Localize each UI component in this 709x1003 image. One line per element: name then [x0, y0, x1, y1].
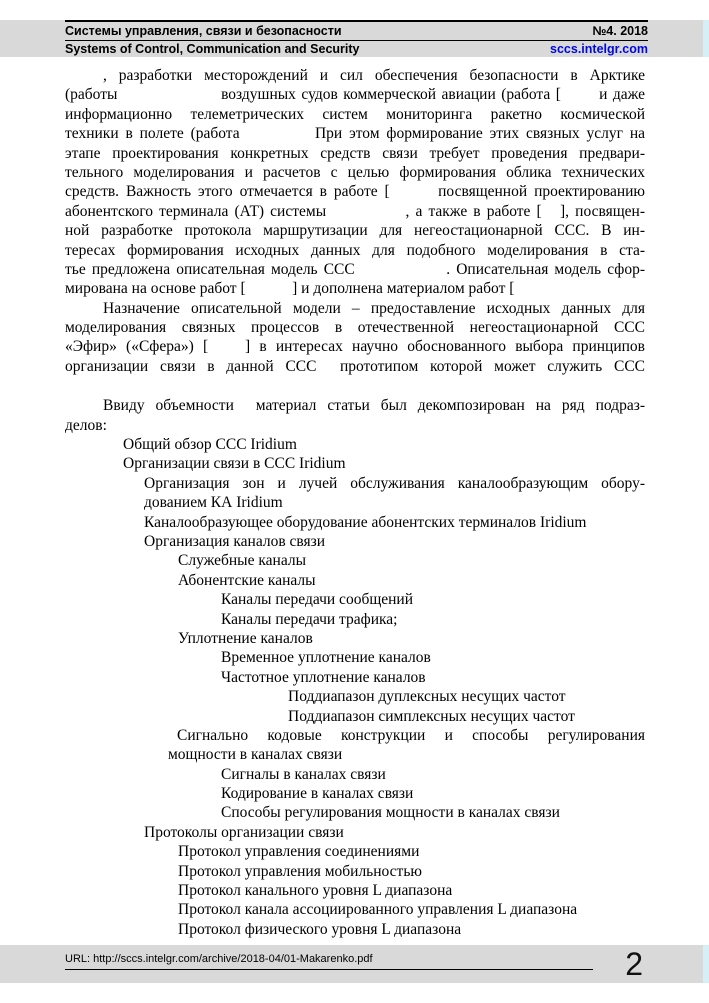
body-line: тересах формирования исходных данных для…: [65, 241, 645, 260]
body-line: делов:: [65, 416, 645, 435]
journal-title-en: Systems of Control, Communication and Se…: [65, 42, 360, 56]
body-line: моделирования связных процессов в отечес…: [65, 318, 645, 337]
body-line: Каналы передачи трафика;: [65, 610, 645, 629]
document-page: Системы управления, связи и безопасности…: [0, 0, 709, 1003]
body-line: , разработки месторождений и сил обеспеч…: [65, 66, 645, 85]
body-line: Организации связи в ССС Iridium: [65, 454, 645, 473]
body-line: мощности в каналах связи: [65, 745, 645, 764]
header-row-russian: Системы управления, связи и безопасности…: [65, 22, 648, 41]
body-line: Абонентские каналы: [65, 571, 645, 590]
scan-edge-artifact: [703, 945, 709, 983]
page-footer: URL: http://sccs.intelgr.com/archive/201…: [0, 945, 709, 983]
body-line: дованием КА Iridium: [65, 493, 645, 512]
scan-edge-artifact: [703, 20, 709, 57]
body-line: (работы воздушных судов коммерческой ави…: [65, 85, 645, 104]
body-line: тельного моделирования и расчетов с цель…: [65, 163, 645, 182]
body-line: ной разработке протокола маршрутизации д…: [65, 221, 645, 240]
body-line: Протокол канала ассоциированного управле…: [65, 900, 645, 919]
body-line: Поддиапазон симплексных несущих частот: [65, 707, 645, 726]
body-line: Организация зон и лучей обслуживания кан…: [65, 474, 645, 493]
body-line: «Эфир» («Сфера») [ ] в интересах научно …: [65, 337, 645, 356]
body-line: Протокол управления мобильностью: [65, 862, 645, 881]
body-line: Каналообразующее оборудование абонентски…: [65, 513, 645, 532]
body-line: Протокол физического уровня L диапазона: [65, 920, 645, 939]
body-line: организации связи в данной ССС прототипо…: [65, 357, 645, 376]
body-line: абонентского терминала (АТ) системы , а …: [65, 202, 645, 221]
body-line: тье предложена описательная модель ССС .…: [65, 260, 645, 279]
body-line: Способы регулирования мощности в каналах…: [65, 803, 645, 822]
issue-number: №4. 2018: [592, 24, 648, 38]
journal-title-ru: Системы управления, связи и безопасности: [65, 24, 342, 38]
footer-url-block: URL: http://sccs.intelgr.com/archive/201…: [65, 949, 593, 970]
article-body: , разработки месторождений и сил обеспеч…: [65, 66, 645, 939]
body-line: мирована на основе работ [ ] и дополнена…: [65, 279, 645, 298]
header-rule-block: Системы управления, связи и безопасности…: [65, 20, 648, 56]
journal-website-link[interactable]: sccs.intelgr.com: [550, 42, 648, 56]
body-line: Общий обзор ССС Iridium: [65, 435, 645, 454]
body-line: информационно телеметрических систем мон…: [65, 105, 645, 124]
page-header: Системы управления, связи и безопасности…: [0, 20, 709, 57]
body-line: Уплотнение каналов: [65, 629, 645, 648]
body-line: Назначение описательной модели – предост…: [65, 299, 645, 318]
body-line: Ввиду объемности материал статьи был дек…: [65, 396, 645, 415]
body-line: Сигнально кодовые конструкции и способы …: [65, 726, 645, 745]
body-line: Кодирование в каналах связи: [65, 784, 645, 803]
body-line: Поддиапазон дуплексных несущих частот: [65, 687, 645, 706]
page-number: 2: [625, 946, 643, 982]
document-url-link[interactable]: URL: http://sccs.intelgr.com/archive/201…: [65, 953, 373, 965]
body-line: Частотное уплотнение каналов: [65, 668, 645, 687]
body-line: средств. Важность этого отмечается в раб…: [65, 182, 645, 201]
body-line: Временное уплотнение каналов: [65, 648, 645, 667]
body-line: Сигналы в каналах связи: [65, 765, 645, 784]
header-row-english: Systems of Control, Communication and Se…: [65, 41, 648, 56]
body-line: Каналы передачи сообщений: [65, 590, 645, 609]
body-line: Протокол управления соединениями: [65, 842, 645, 861]
body-line: Протоколы организации связи: [65, 823, 645, 842]
body-line: Организация каналов связи: [65, 532, 645, 551]
body-line: Служебные каналы: [65, 551, 645, 570]
body-line: Протокол канального уровня L диапазона: [65, 881, 645, 900]
body-line: техники в полете (работа При этом формир…: [65, 124, 645, 143]
body-line: этапе проектирования конкретных средств …: [65, 144, 645, 163]
